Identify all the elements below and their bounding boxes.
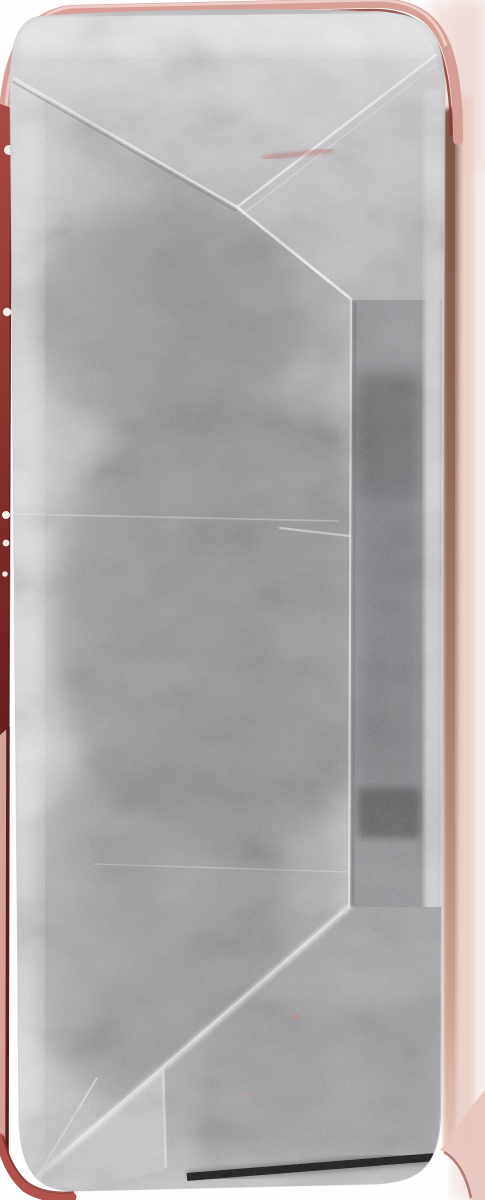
red-wrapper-right-pink-halo bbox=[457, 95, 473, 1155]
product-photo-stage: Rectangular block wrapped in creased sil… bbox=[0, 0, 485, 1200]
product-photo: Rectangular block wrapped in creased sil… bbox=[0, 0, 485, 1200]
polka-dot bbox=[2, 511, 10, 519]
polka-dot bbox=[3, 308, 11, 316]
polka-dot bbox=[2, 571, 8, 577]
photo-canvas: Rectangular block wrapped in creased sil… bbox=[0, 0, 485, 1200]
polka-dot bbox=[3, 540, 10, 547]
foil-sparkle-overlay bbox=[0, 0, 485, 1200]
foil-block bbox=[0, 0, 485, 1200]
